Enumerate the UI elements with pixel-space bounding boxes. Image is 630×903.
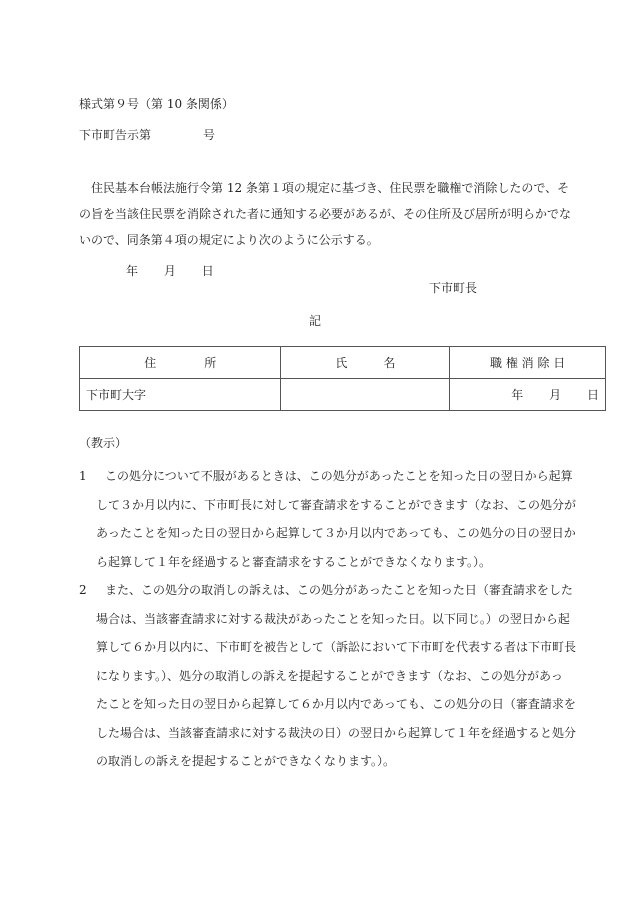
instruction-line: になります。）、処分の取消しの訴えを提起することができます（なお、この処分があっ — [87, 662, 614, 691]
body-line: の旨を当該住民票を消除された者に通知する必要があるが、その住所及び居所が明らかで… — [79, 201, 609, 227]
body-line: 住民基本台帳法施行令第 12 条第１項の規定に基づき、住民票を職権で消除したので… — [79, 175, 609, 201]
instruction-line: たことを知った日の翌日から起算して６か月以内であっても、この処分の日（審査請求を — [87, 690, 614, 719]
body-paragraph: 住民基本台帳法施行令第 12 条第１項の規定に基づき、住民票を職権で消除したので… — [79, 175, 609, 253]
notice-date: 年 月 日 — [126, 262, 236, 279]
body-line: いので、同条第４項の規定により次のように公示する。 — [79, 227, 609, 253]
cell-deletion-date: 年 月 日 — [450, 379, 606, 411]
issuer: 下市町長 — [429, 279, 477, 296]
instruction-line: した場合は、当該審査請求に対する裁決の日）の翌日から起算して１年を経過すると処分 — [87, 719, 614, 748]
header-deletion-date: 職 権 消 除 日 — [450, 347, 606, 379]
instruction-line: この処分について不服があるときは、この処分があったことを知った日の翌日から起算 — [99, 462, 614, 491]
notice-suffix: 号 — [203, 128, 215, 142]
header-address: 住 所 — [80, 347, 281, 379]
instruction-item: 2 また、この処分の取消しの訴えは、この処分があったことを知った日（審査請求をし… — [79, 576, 614, 776]
resident-table: 住 所 氏 名 職 権 消 除 日 下市町大字 年 月 日 — [79, 346, 606, 411]
instruction-line: ら起算して１年を経過すると審査請求をすることができなくなります。）。 — [87, 548, 614, 577]
instruction-line: また、この処分の取消しの訴えは、この処分があったことを知った日（審査請求をした — [99, 576, 614, 605]
cell-date-month: 月 — [549, 388, 561, 402]
cell-date-year: 年 — [511, 388, 523, 402]
instruction-title: （教示） — [79, 434, 127, 451]
instruction-line: 場合は、当該審査請求に対する裁決があったことを知った日。以下同じ。）の翌日から起 — [87, 605, 614, 634]
table-row: 下市町大字 年 月 日 — [80, 379, 606, 411]
notice-prefix: 下市町告示第 — [79, 128, 151, 142]
cell-address: 下市町大字 — [80, 379, 281, 411]
instruction-line: して３か月以内に、下市町長に対して審査請求をすることができます（なお、この処分が — [87, 491, 614, 520]
instruction-item: 1 この処分について不服があるときは、この処分があったことを知った日の翌日から起… — [79, 462, 614, 576]
date-year: 年 — [126, 262, 138, 279]
table-header-row: 住 所 氏 名 職 権 消 除 日 — [80, 347, 606, 379]
notice-number: 下市町告示第号 — [79, 126, 215, 143]
date-month: 月 — [164, 262, 176, 279]
header-name: 氏 名 — [281, 347, 450, 379]
instruction-line: の取消しの訴えを提起することができなくなります。）。 — [87, 747, 614, 776]
cell-name — [281, 379, 450, 411]
ki-heading: 記 — [309, 312, 321, 329]
form-number: 様式第９号（第 10 条関係） — [79, 95, 234, 112]
instruction-line: 算して６か月以内に、下市町を被告として（訴訟において下市町を代表する者は下市町長 — [87, 633, 614, 662]
cell-date-day: 日 — [587, 388, 599, 402]
date-day: 日 — [202, 262, 214, 279]
instruction-list: 1 この処分について不服があるときは、この処分があったことを知った日の翌日から起… — [79, 462, 614, 776]
instruction-line: あったことを知った日の翌日から起算して３か月以内であっても、この処分の日の翌日か — [87, 519, 614, 548]
